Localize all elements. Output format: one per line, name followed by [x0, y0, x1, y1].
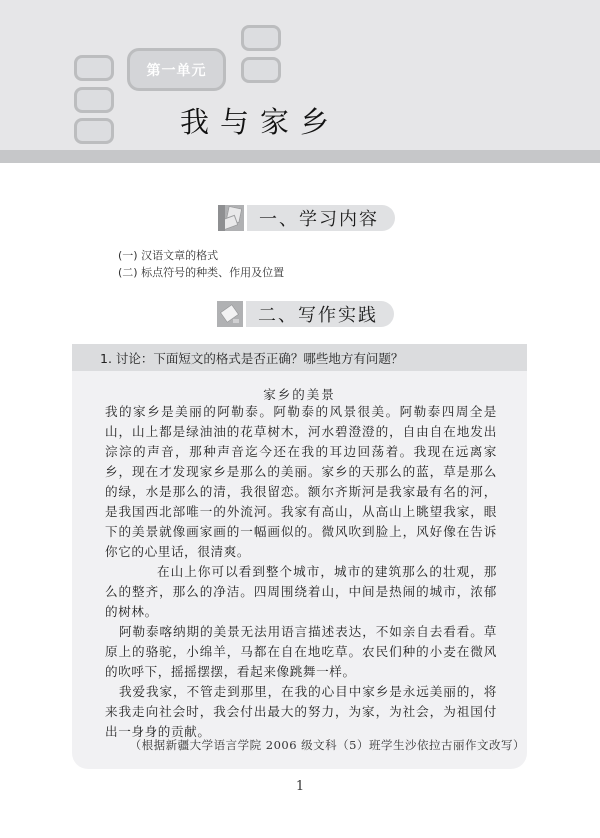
decorative-box [74, 55, 114, 81]
list-item: (二) 标点符号的种类、作用及位置 [118, 264, 284, 281]
essay-paragraph: 在山上你可以看到整个城市，城市的建筑那么的壮观，那么的整齐，那么的净洁。四周围绕… [105, 562, 497, 622]
page-number: 1 [0, 779, 600, 794]
list-item: (一) 汉语文章的格式 [118, 247, 284, 264]
essay-paragraph: 阿勒泰喀纳期的美景无法用语言描述表达，不如亲自去看看。草原上的骆驼，小绵羊，马都… [105, 622, 497, 682]
essay-title: 家乡的美景 [72, 385, 527, 403]
decorative-box [241, 57, 281, 83]
decorative-box [74, 118, 114, 144]
exercise-question: 1. 讨论：下面短文的格式是否正确？哪些地方有问题？ [72, 344, 527, 371]
writing-icon [217, 301, 243, 327]
decorative-box [241, 25, 281, 51]
unit-title: 我与家乡 [180, 100, 340, 141]
study-content-list: (一) 汉语文章的格式 (二) 标点符号的种类、作用及位置 [118, 247, 284, 281]
exercise-box: 1. 讨论：下面短文的格式是否正确？哪些地方有问题？ 家乡的美景 我的家乡是美丽… [72, 344, 527, 769]
section-heading-study-content: 一、学习内容 [218, 205, 395, 231]
section-title: 一、学习内容 [247, 205, 395, 231]
header-divider-stripe [0, 150, 600, 163]
notebook-icon [218, 205, 244, 231]
decorative-box [74, 87, 114, 113]
section-title: 二、写作实践 [246, 301, 394, 327]
essay-paragraph: 我的家乡是美丽的阿勒泰。阿勒泰的风景很美。阿勒泰四周全是山，山上都是绿油油的花草… [105, 402, 497, 562]
unit-label-badge: 第一单元 [127, 48, 226, 91]
essay-paragraph: 我爱我家，不管走到那里，在我的心目中家乡是永远美丽的，将来我走向社会时，我会付出… [105, 682, 497, 742]
unit-header-band: 第一单元 我与家乡 [0, 0, 600, 150]
essay-source-note: （根据新疆大学语言学院 2006 级文科（5）班学生沙依拉古丽作文改写） [130, 737, 525, 753]
essay-body: 我的家乡是美丽的阿勒泰。阿勒泰的风景很美。阿勒泰四周全是山，山上都是绿油油的花草… [105, 402, 497, 742]
section-heading-writing-practice: 二、写作实践 [217, 301, 394, 327]
